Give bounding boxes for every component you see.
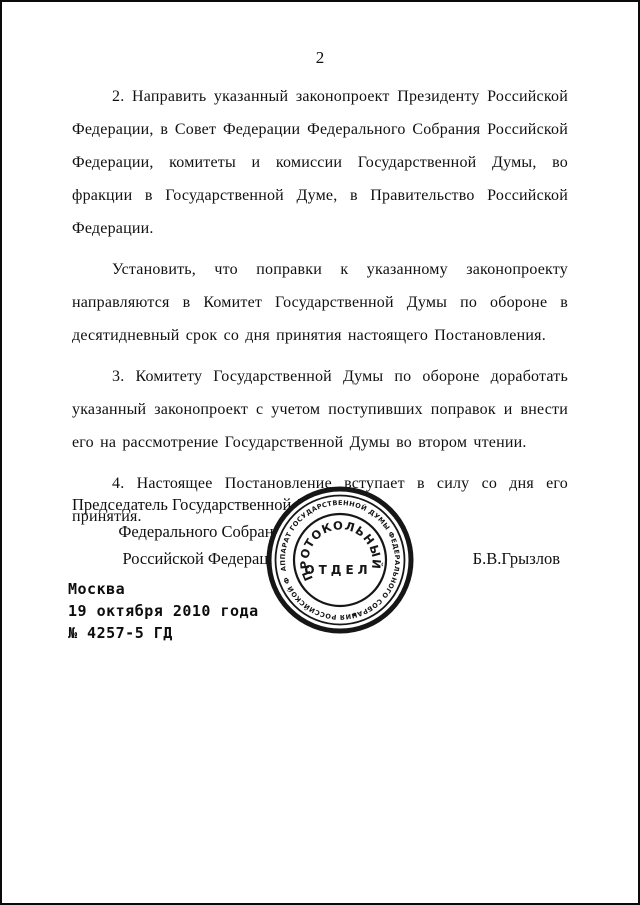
paragraph-2-direct: 2. Направить указанный законопроект През… <box>72 80 568 245</box>
document-body: 2. Направить указанный законопроект През… <box>72 80 568 533</box>
signer-name: Б.В.Грызлов <box>473 545 560 572</box>
document-page: 2 2. Направить указанный законопроект Пр… <box>0 0 640 905</box>
protocol-department-stamp-icon: АППАРАТ ГОСУДАРСТВЕННОЙ ДУМЫ ФЕДЕРАЛЬНОГ… <box>265 485 415 635</box>
issue-number: № 4257-5 ГД <box>68 622 259 644</box>
issue-city: Москва <box>68 578 259 600</box>
page-number: 2 <box>2 48 638 68</box>
paragraph-amendments: Установить, что поправки к указанному за… <box>72 253 568 352</box>
stamp-center-text: ОТДЕЛ <box>304 563 371 577</box>
paragraph-3-committee: 3. Комитету Государственной Думы по обор… <box>72 360 568 459</box>
issue-info-block: Москва 19 октября 2010 года № 4257-5 ГД <box>68 578 259 644</box>
issue-date: 19 октября 2010 года <box>68 600 259 622</box>
